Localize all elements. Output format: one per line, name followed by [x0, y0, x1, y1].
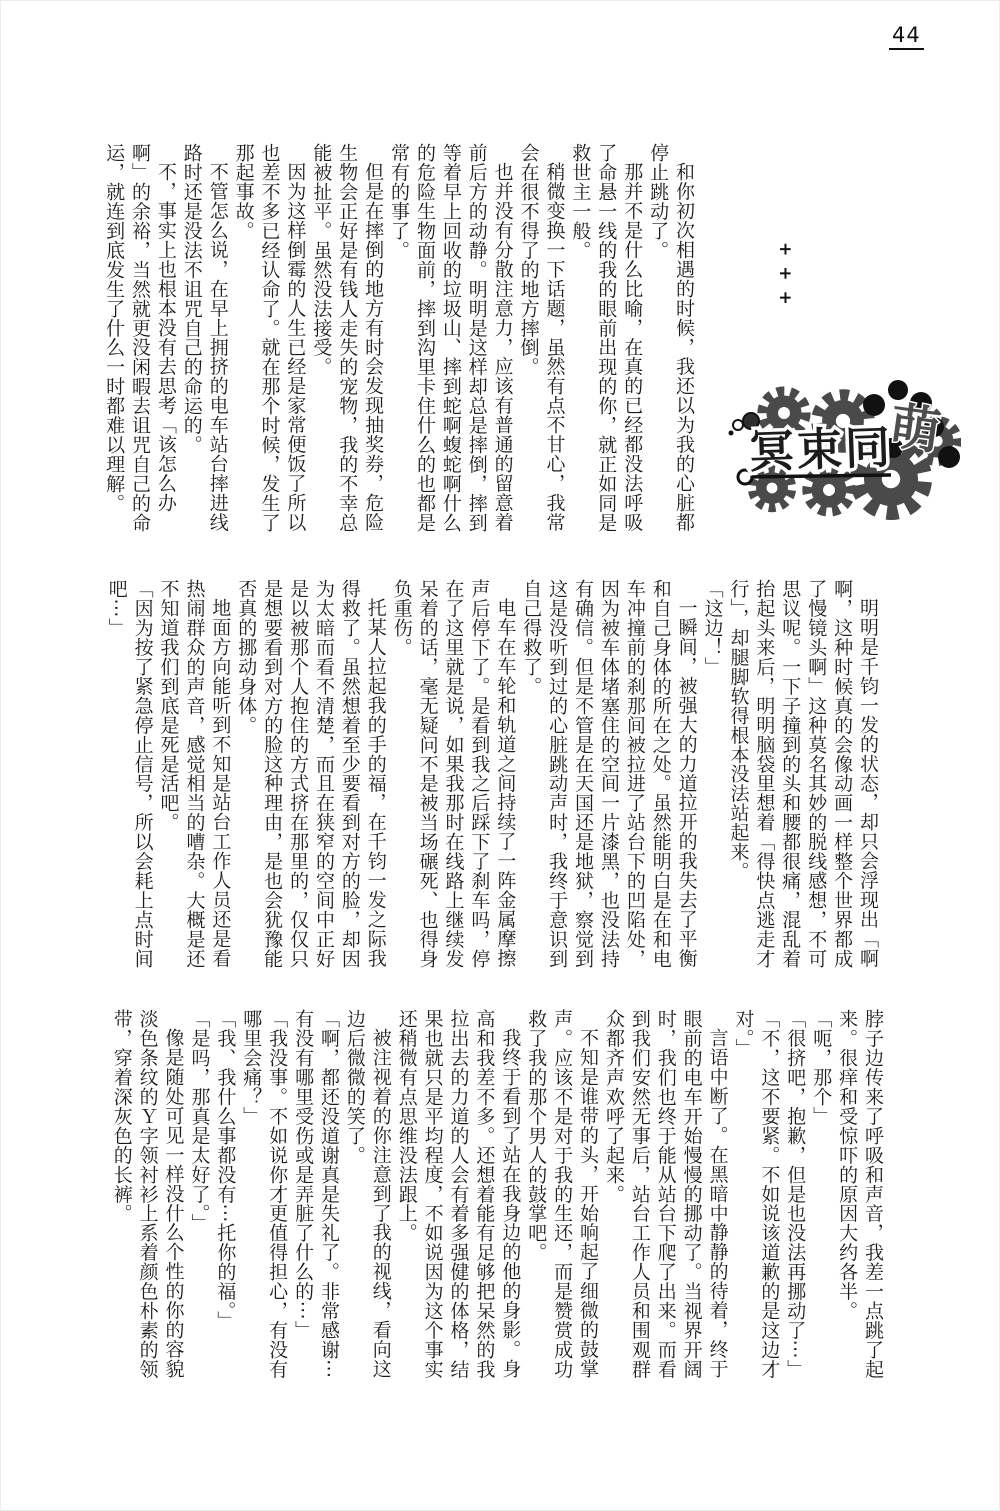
paragraph: 被注视着的你注意到了我的视线，看向这边后微微的笑了。 [341, 1009, 393, 1379]
paragraph: 稍微变换一下话题，虽然有点不甘心，我常会在很不得了的地方摔倒。 [515, 143, 567, 532]
paragraph: 我终于看到了站在我身边的他的身影。身高和我差不多。还想着能有足够把呆然的我拉出去… [393, 1009, 523, 1379]
paragraph: 不知是谁带的头，开始响起了细微的鼓掌声。应该不是对于我的生还，而是赞赏成功救了我… [522, 1009, 600, 1379]
paragraph: 一瞬间，被强大的力道拉开的我失去了平衡和自己身体的所在之处。虽然能明白是在和电车… [517, 579, 698, 968]
paragraph: 托某人拉起我的手的福，在千钧一发之际我得救了。虽然想着至少要看到对方的脸，却因为… [232, 579, 387, 968]
paragraph: 像是随处可见一样没什么个性的你的容貌淡色条纹的Ｙ字领衬衫上系着颜色朴素的领带，穿… [108, 1009, 186, 1379]
paragraph: 那并不是什么比喻，在真的已经都没法呼吸了命悬一线的我的眼前出现的你，就正如同是救… [566, 143, 644, 532]
paragraph: 「很挤吧，抱歉，但是也没法再挪动了⋯」 [781, 1009, 807, 1379]
paragraph: 「不，这不要紧。不如说该道歉的是这边才对。」 [730, 1009, 782, 1379]
text-section-bottom: 脖子边传来了呼吸和声音，我差一点跳了起来。很痒和受惊吓的原因大约各半。「呃，那个… [108, 1009, 885, 1379]
paragraph: 不管怎么说，在早上拥挤的电车站台摔进线路时还是没法不诅咒自己的命运的。 [178, 143, 230, 532]
paragraph: 不，事实上也根本没有去思考「该怎么办啊」的余裕，当然就更没闲暇去诅咒自己的命运，… [100, 143, 178, 532]
circle-logo: 冥束同 萌 [721, 369, 961, 534]
text-section-middle: 明明是千钧一发的状态，却只会浮现出「啊啊，这种时候真的会像动画一样整个世界都成了… [103, 579, 880, 968]
paragraph: 也并没有分散注意力，应该有普通的留意着前后方的动静。明明是这样却总是摔倒，摔到等… [385, 143, 515, 532]
paragraph: 因为这样倒霉的人生已经是家常便饭了所以也差不多已经认命了。就在那个时候，发生了那… [230, 143, 308, 532]
paragraph: 「因为按了紧急停止信号，所以会耗上点时间吧⋯」 [103, 579, 155, 968]
paragraph: 「呃，那个」 [807, 1009, 833, 1379]
paragraph: 明明是千钧一发的状态，却只会浮现出「啊啊，这种时候真的会像动画一样整个世界都成了… [725, 579, 880, 968]
page-number: 44 [889, 23, 924, 50]
paragraph: 言语中断了。在黑暗中静静的待着，终于眼前的电车开始慢慢的挪动了。当视界开阔时，我… [600, 1009, 730, 1379]
paragraph: 「啊，都还没道谢真是失礼了。非常感谢⋯有没有哪里受伤或是弄脏了什么的⋯」 [289, 1009, 341, 1379]
paragraph: 「我没事。不如说你才更值得担心，有没有哪里会痛？」 [237, 1009, 289, 1379]
paragraph: 「我、我什么事都没有⋯托你的福。」 [211, 1009, 237, 1379]
paragraph: 但是在摔倒的地方有时会发现抽奖券，危险生物会正好是有钱人走失的宠物，我的不幸总能… [307, 143, 385, 532]
paragraph: 「是吗，那真是太好了。」 [186, 1009, 212, 1379]
paragraph: 「这边！」 [699, 579, 725, 968]
paragraph: 电车在车轮和轨道之间持续了一阵金属摩擦声后停下了。是看到我之后踩下了刹车吗，停在… [388, 579, 518, 968]
paragraph: 地面方向能听到不知是站台工作人员还是看热闹群众的声音，感觉相当的嘈杂。大概是还不… [155, 579, 233, 968]
logo-title-accent: 萌 [887, 397, 945, 461]
novel-page: 44 +++ [0, 0, 1000, 1511]
paragraph: 脖子边传来了呼吸和声音，我差一点跳了起来。很痒和受惊吓的原因大约各半。 [833, 1009, 885, 1379]
text-section-top: 和你初次相遇的时候，我还以为我的心脏都停止跳动了。那并不是什么比喻，在真的已经都… [100, 143, 696, 532]
logo-title-main: 冥束同 [748, 421, 894, 479]
paragraph: 和你初次相遇的时候，我还以为我的心脏都停止跳动了。 [644, 143, 696, 532]
section-divider: +++ [775, 242, 795, 315]
